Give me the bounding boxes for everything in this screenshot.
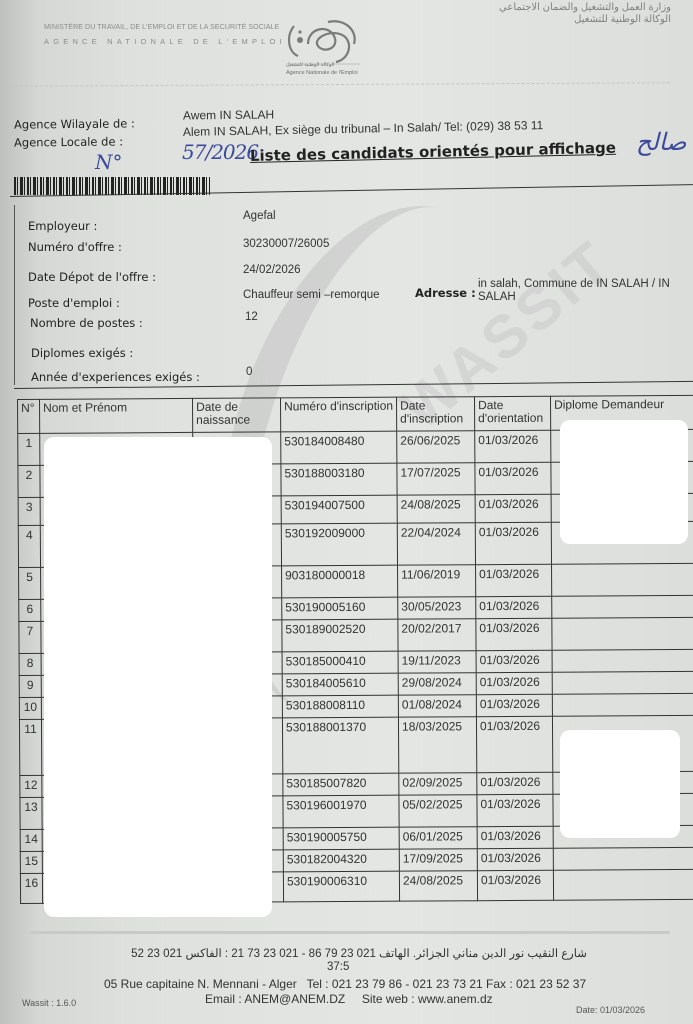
locale-label: Agence Locale de :: [14, 134, 123, 149]
orientation-date: 01/03/2026: [475, 462, 551, 494]
redacted-diploma-top: [560, 420, 688, 544]
redacted-names: [44, 437, 272, 917]
footer-contact: Email : ANEM@ANEM.DZ Site web : www.anem…: [205, 992, 493, 1006]
orientation-date: 01/03/2026: [476, 694, 552, 716]
footer-ar-extra: 37:5: [327, 961, 349, 973]
diploma: [553, 847, 693, 870]
ministry-name-fr: MINISTÈRE DU TRAVAIL, DE L'EMPLOI ET DE …: [44, 24, 279, 31]
logo-caption-ar: الوكالة الوطنية للتشغيل: [286, 62, 334, 68]
offer-number-label: Numéro d'offre :: [28, 240, 122, 254]
web-label: Site web :: [362, 992, 415, 1006]
header-divider: [10, 82, 670, 86]
row-number: 15: [20, 851, 42, 873]
inscription-number: 530184005610: [282, 673, 398, 696]
col-orientation-date: Date d'orientation: [474, 396, 550, 430]
orientation-date: 01/03/2026: [477, 848, 553, 870]
row-number: 10: [19, 697, 41, 719]
inscription-date: 06/01/2025: [399, 827, 477, 849]
diploma: [552, 595, 693, 618]
row-number: 9: [19, 675, 41, 697]
footer-ar-line: شارع النقيب نور الدين مناني الجزائر. اله…: [104, 946, 614, 960]
handwritten-note: صالح: [636, 128, 687, 156]
ministry-ar-text: وزارة العمل والتشغيل والضمان الاجتماعي: [499, 2, 671, 14]
orientation-date: 01/03/2026: [477, 794, 553, 826]
handwritten-number-value: 57/2026: [182, 140, 258, 164]
address-value: in salah, Commune de IN SALAH / IN SALAH: [478, 278, 693, 304]
footer-phone-text: Tel : 021 23 79 86 - 021 23 73 21 Fax : …: [307, 977, 587, 991]
inscription-number: 530190005160: [282, 597, 398, 620]
diplomas-label: Diplomes exigés :: [31, 346, 133, 360]
inscription-number: 530188008110: [282, 695, 398, 718]
col-name: Nom et Prénom: [40, 398, 193, 433]
inscription-date: 17/09/2025: [399, 849, 477, 871]
employer-label: Employeur :: [28, 219, 97, 233]
inscription-number: 530190006310: [283, 871, 399, 902]
deposit-date-label: Date Dépot de l'offre :: [28, 270, 156, 284]
inscription-number: 530192009000: [281, 523, 397, 566]
orientation-date: 01/03/2026: [476, 564, 552, 596]
redacted-diploma-bottom: [560, 730, 680, 838]
inscription-number: 903180000018: [282, 565, 398, 598]
email-link[interactable]: ANEM@ANEM.DZ: [244, 992, 345, 1006]
inscription-date: 11/06/2019: [398, 565, 476, 597]
inscription-number: 530185007820: [283, 773, 399, 796]
orientation-date: 01/03/2026: [475, 430, 551, 462]
inscription-date: 26/06/2025: [397, 431, 475, 463]
row-number: 8: [19, 653, 41, 675]
document-title: Liste des candidats orientés pour affich…: [250, 139, 616, 165]
inscription-date: 22/04/2024: [397, 523, 475, 565]
row-number: 13: [20, 797, 42, 829]
orientation-date: 01/03/2026: [475, 522, 551, 564]
wilayale-value: Awem IN SALAH: [183, 108, 274, 123]
row-number: 6: [19, 599, 41, 621]
row-number: 7: [19, 621, 41, 653]
inscription-date: 18/03/2025: [398, 717, 476, 773]
inscription-number: 530190005750: [283, 827, 399, 850]
app-version: Wassit : 1.6.0: [22, 998, 76, 1008]
inscription-number: 530185000410: [282, 651, 398, 674]
inscription-number: 530188003180: [281, 463, 397, 496]
orientation-date: 01/03/2026: [477, 870, 553, 900]
footer-divider: [30, 931, 670, 934]
position-label: Poste d'emploi :: [28, 296, 120, 310]
orientation-date: 01/03/2026: [476, 596, 552, 618]
inscription-date: 19/11/2023: [398, 651, 476, 673]
posts-value: 12: [245, 311, 258, 323]
footer-address-text: 05 Rue capitaine N. Mennani - Alger: [104, 977, 297, 991]
agency-name-fr: AGENCE NATIONALE DE L'EMPLOI: [44, 37, 286, 46]
diploma: [552, 671, 693, 694]
inscription-date: 05/02/2025: [399, 795, 477, 827]
inscription-number: 530184008480: [281, 431, 397, 464]
orientation-date: 01/03/2026: [476, 618, 552, 650]
inscription-number: 530188001370: [282, 717, 398, 774]
logo-caption-fr: Agence Nationale de l'Emploi: [286, 70, 358, 76]
inscription-number: 530182004320: [283, 849, 399, 872]
inscription-date: 30/05/2023: [398, 597, 476, 619]
inscription-date: 02/09/2025: [399, 773, 477, 795]
inscription-number: 530189002520: [282, 619, 398, 652]
agency-ar-text: الوكالة الوطنية للتشغيل: [499, 14, 671, 26]
inscription-date: 24/08/2025: [397, 495, 475, 523]
footer-address: 05 Rue capitaine N. Mennani - Alger Tel …: [104, 977, 586, 991]
employer-value: Agefal: [243, 210, 276, 222]
inscription-date: 29/08/2024: [398, 673, 476, 695]
orientation-date: 01/03/2026: [477, 772, 553, 794]
inscription-date: 20/02/2017: [398, 619, 476, 651]
diploma: [552, 693, 693, 716]
row-number: 14: [20, 829, 42, 851]
row-number: 12: [20, 775, 42, 797]
row-number: 1: [18, 433, 40, 465]
print-date: Date: 01/03/2026: [576, 1005, 645, 1015]
experience-value: 0: [246, 366, 252, 378]
offer-number-value: 30230007/26005: [243, 238, 329, 250]
posts-label: Nombre de postes :: [30, 316, 143, 330]
handwritten-number-prefix: N°: [95, 150, 123, 174]
inscription-date: 17/07/2025: [397, 463, 475, 495]
inscription-number: 530196001970: [283, 795, 399, 828]
col-birthdate: Date de naissance: [192, 398, 280, 433]
orientation-date: 01/03/2026: [476, 650, 552, 672]
inscription-date: 01/08/2024: [398, 695, 476, 717]
orientation-date: 01/03/2026: [476, 672, 552, 694]
email-label: Email :: [205, 992, 242, 1006]
orientation-date: 01/03/2026: [477, 826, 553, 848]
row-number: 2: [18, 465, 40, 497]
experience-label: Année d'experiences exigés :: [31, 370, 200, 384]
website-link[interactable]: www.anem.dz: [418, 992, 493, 1006]
row-number: 4: [18, 525, 40, 567]
row-number: 11: [19, 719, 41, 775]
deposit-date-value: 24/02/2026: [243, 264, 301, 276]
orientation-date: 01/03/2026: [476, 716, 552, 772]
ministry-name-ar: وزارة العمل والتشغيل والضمان الاجتماعي ا…: [499, 2, 671, 26]
row-number: 16: [20, 873, 42, 903]
diploma: [553, 869, 693, 900]
position-value: Chauffeur semi –remorque: [243, 289, 380, 301]
wilayale-label: Agence Wilayale de :: [14, 116, 135, 131]
address-label: Adresse :: [415, 286, 476, 300]
inscription-date: 24/08/2025: [399, 871, 477, 901]
diploma: [552, 617, 693, 650]
col-number: N°: [18, 399, 40, 433]
diploma: [552, 649, 693, 672]
diploma: [552, 563, 693, 596]
inscription-number: 530194007500: [281, 495, 397, 524]
row-number: 3: [18, 497, 40, 525]
row-number: 5: [19, 567, 41, 599]
orientation-date: 01/03/2026: [475, 494, 551, 522]
col-inscription-number: Numéro d'inscription: [280, 397, 396, 432]
col-inscription-date: Date d'inscription: [396, 397, 474, 431]
